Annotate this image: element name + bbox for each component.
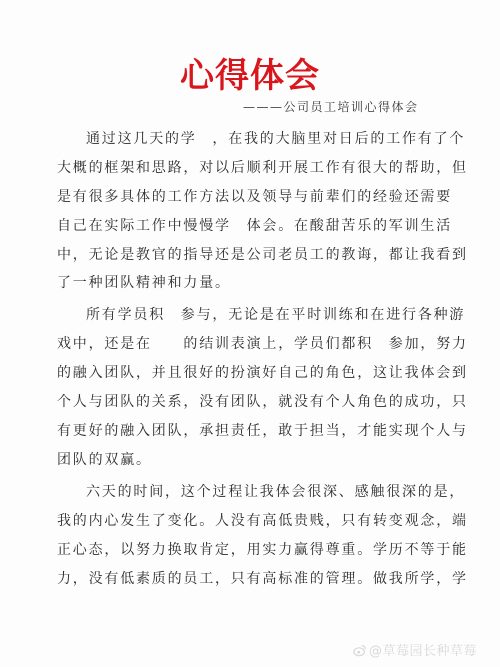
document-subtitle: ———公司员工培训心得体会 <box>243 99 419 115</box>
text-line: 的融入团队，并且很好的扮演好自己的角色，这让我体会到 <box>57 364 468 382</box>
watermark: @草莓园长种草莓 <box>353 640 477 659</box>
text-line: 是有很多具体的工作方法以及领导与前辈们的经验还需要 <box>57 188 452 206</box>
text-line: 中，无论是教官的指导还是公司老员工的教诲，都让我看到 <box>57 246 468 264</box>
text-line: 六天的时间，这个过程让我体会很深、感触很深的是， <box>86 483 465 501</box>
text-line: 自己在实际工作中慢慢学 体会。在酸甜苦乐的军训生活 <box>57 217 452 235</box>
text-line: 戏中，还是在 的结训表演上，学员们都积 参加，努力 <box>57 335 468 353</box>
text-line: 大概的框架和思路，对以后顺利开展工作有很大的帮助，但 <box>57 159 468 177</box>
text-line: 通过这几天的学 ，在我的大脑里对日后的工作有了个 <box>86 130 465 148</box>
document-page: 心得体会 ———公司员工培训心得体会 通过这几天的学 ，在我的大脑里对日后的工作… <box>0 0 500 667</box>
text-line: 个人与团队的关系，没有团队，就没有个人角色的成功，只 <box>57 393 468 411</box>
text-line: 力，没有低素质的员工，只有高标准的管理。做我所学，学 <box>57 570 468 588</box>
text-line: 所有学员积 参与，无论是在平时训练和在进行各种游 <box>86 306 465 324</box>
text-line: 了一种团队精神和力量。 <box>57 274 231 292</box>
text-line: 我的内心发生了变化。人没有高低贵贱，只有转变观念，端 <box>57 512 468 530</box>
document-title: 心得体会 <box>0 56 500 96</box>
watermark-text: @草莓园长种草莓 <box>369 644 477 659</box>
text-line: 有更好的融入团队，承担责任，敢于担当，才能实现个人与 <box>57 422 468 440</box>
text-line: 团队的双赢。 <box>57 451 152 469</box>
text-line: 正心态，以努力换取肯定，用实力赢得尊重。学历不等于能 <box>57 541 468 559</box>
weibo-logo-icon <box>353 643 367 657</box>
